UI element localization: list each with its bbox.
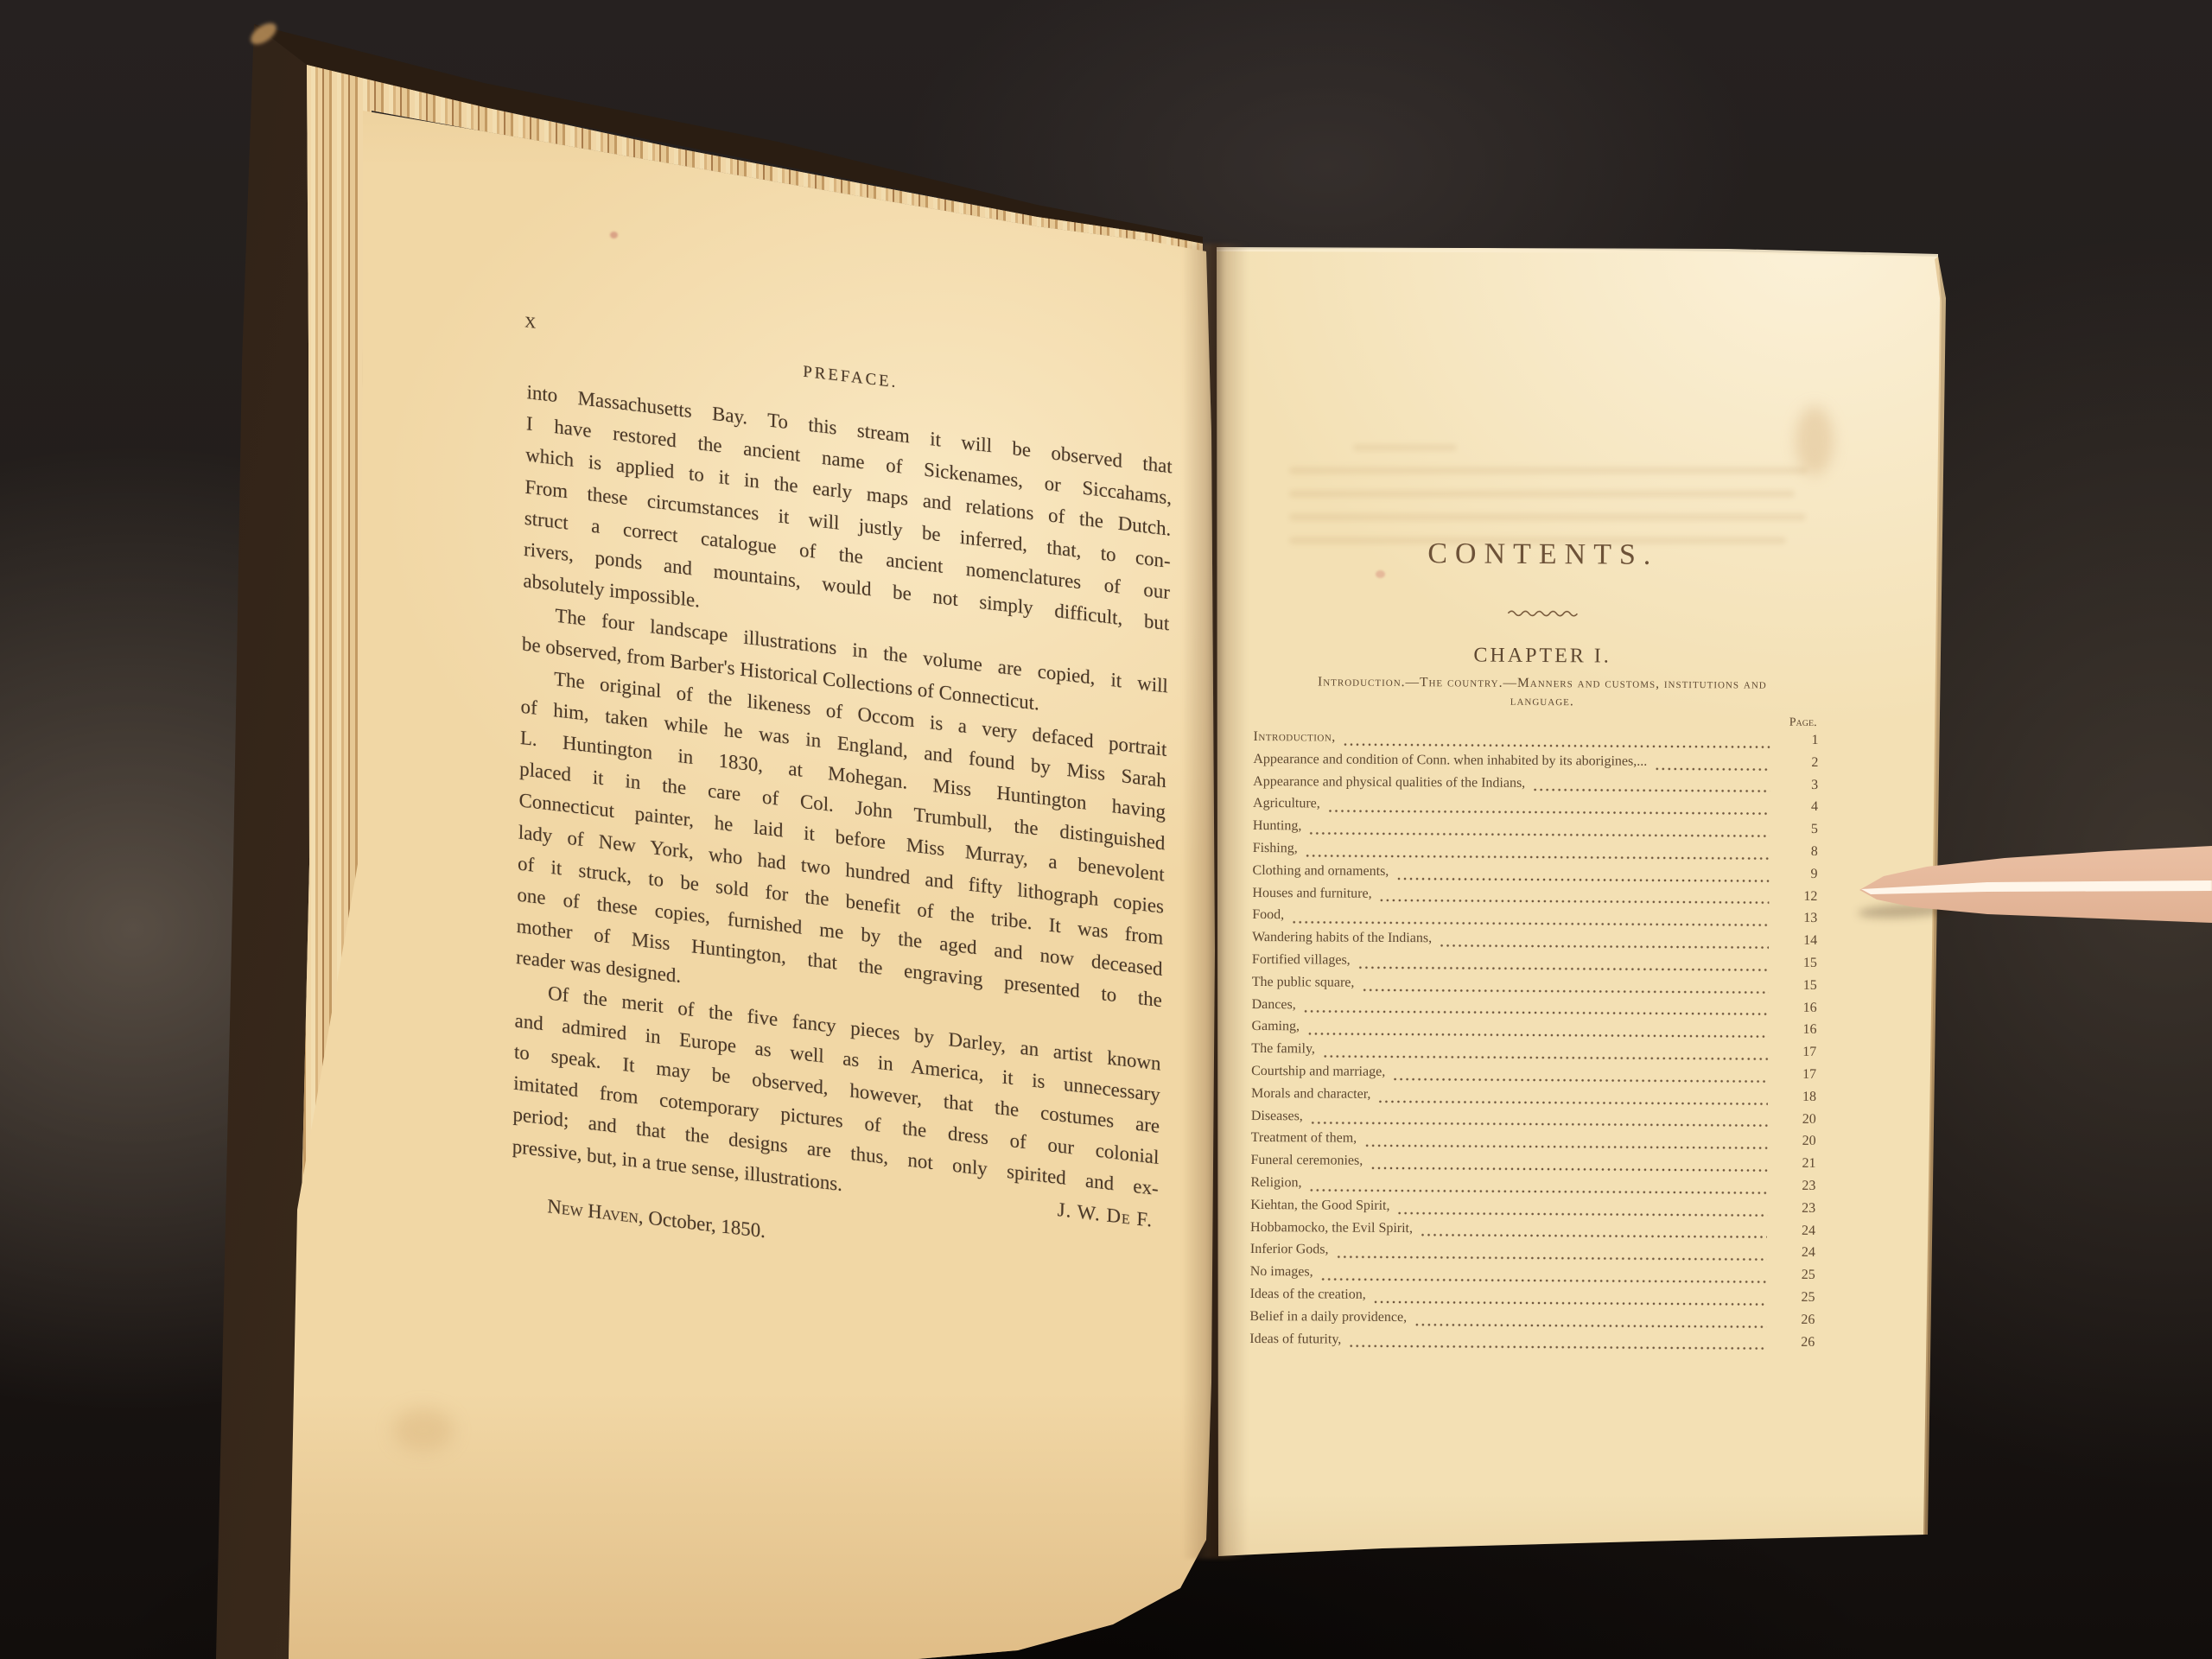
toc-dot-leader [1370,1166,1767,1173]
toc-row: Kiehtan, the Good Spirit,23 [1250,1198,1827,1224]
toc-dot-leader [1327,810,1770,816]
toc-dot-leader [1291,920,1769,926]
toc-page-number: 26 [1773,1312,1827,1327]
toc-row: No images,25 [1250,1264,1827,1290]
preface-lines: into Massachusetts Bay. To this stream i… [512,377,1173,1205]
foxing-spot [610,232,618,238]
toc-page-number: 8 [1777,844,1830,860]
show-through-line [1289,467,1808,474]
toc-page-number: 20 [1775,1134,1828,1149]
toc-page-number: 17 [1775,1067,1828,1083]
toc-dot-leader [1320,1277,1767,1283]
toc-entry-label: Food, [1252,907,1284,923]
toc-row: The family,17 [1251,1041,1828,1067]
toc-entry-label: Introduction, [1253,729,1335,746]
toc-dot-leader [1439,944,1769,949]
toc-entry-label: Courtship and marriage, [1251,1064,1385,1080]
toc-page-number: 23 [1774,1200,1827,1216]
contents-text-block: CONTENTS. CHAPTER I. Introduction.—The c… [1249,529,1832,1357]
toc-entry-label: Houses and furniture, [1252,886,1371,902]
toc-row: Ideas of the creation,25 [1249,1287,1827,1313]
toc-row: Appearance and physical qualities of the… [1253,774,1830,800]
toc-row: Introduction,1 [1253,729,1830,755]
toc-dot-leader [1395,877,1769,883]
toc-entry-label: Belief in a daily providence, [1249,1309,1407,1325]
toc-row: Hunting,5 [1253,818,1830,844]
toc-page-number: 26 [1773,1334,1827,1350]
toc-page-number: 25 [1774,1268,1827,1283]
toc-entry-label: Ideas of the creation, [1250,1287,1366,1303]
toc-entry-label: Hunting, [1253,818,1302,834]
toc-row: The public square,15 [1252,975,1829,1001]
chapter-subtitle-line1: Introduction.—The country.—Manners and c… [1254,672,1831,694]
toc-row: Funeral ceremonies,21 [1250,1153,1827,1179]
toc-row: Diseases,20 [1251,1109,1828,1135]
toc-row: Dances,16 [1252,997,1829,1023]
toc-page-number: 5 [1777,822,1830,837]
toc-page-number: 25 [1774,1290,1827,1306]
toc-dot-leader [1361,988,1768,994]
toc-page-number: 4 [1777,799,1830,815]
toc-entry-label: Fortified villages, [1252,952,1351,969]
toc-page-number: 14 [1776,933,1829,949]
toc-page-number: 24 [1774,1223,1827,1238]
toc-row: Clothing and ornaments,9 [1252,863,1829,889]
toc-page-number: 17 [1775,1045,1828,1060]
toc-dot-leader [1343,742,1770,748]
toc-dot-leader [1377,1099,1768,1105]
toc-row: Belief in a daily providence,26 [1249,1309,1827,1335]
toc-dot-leader [1308,1188,1767,1194]
toc-row: Fishing,8 [1253,841,1830,867]
toc-entry-label: Wandering habits of the Indians, [1252,930,1432,946]
show-through-line [1353,444,1457,451]
foxing-blotch [1796,406,1834,475]
toc-dot-leader [1310,1122,1768,1128]
toc-row: Appearance and condition of Conn. when i… [1253,752,1830,778]
contents-title: CONTENTS. [1255,536,1832,574]
toc-dot-leader [1414,1323,1766,1328]
toc-dot-leader [1303,1010,1769,1016]
toc-page-number: 21 [1774,1156,1827,1172]
toc-entry-label: Morals and character, [1251,1086,1371,1103]
toc-row: Wandering habits of the Indians,14 [1252,930,1829,956]
photo-open-book: x PREFACE. into Massachusetts Bay. To th… [0,0,2212,1659]
toc-dot-leader [1532,788,1770,793]
toc-row: Fortified villages,15 [1252,952,1829,978]
toc-entry-label: Clothing and ornaments, [1253,863,1389,880]
toc-page-number: 15 [1776,977,1829,993]
toc-entry-label: Agriculture, [1253,796,1320,811]
toc-entry-label: Religion, [1250,1175,1301,1191]
toc-page-number: 2 [1777,754,1830,770]
toc-entry-label: Treatment of them, [1251,1130,1357,1147]
toc-page-number: 16 [1775,1022,1828,1038]
toc-page-number: 3 [1777,777,1830,792]
toc-dot-leader [1392,1077,1768,1084]
toc-entry-label: Funeral ceremonies, [1250,1153,1363,1169]
page-column-label: Page. [1254,713,1831,730]
foxing-blotch [393,1408,454,1452]
toc-entry-label: Dances, [1252,997,1296,1013]
toc-page-number: 18 [1775,1089,1828,1104]
toc-row: Ideas of futurity,26 [1249,1331,1827,1357]
toc-entry-label: No images, [1250,1264,1313,1280]
toc-row: Hobbamocko, the Evil Spirit,24 [1250,1220,1827,1246]
toc-dot-leader [1357,966,1769,972]
toc-page-number: 9 [1777,866,1830,881]
toc-list: Introduction,1Appearance and condition o… [1249,729,1830,1357]
toc-row: Inferior Gods,24 [1250,1242,1827,1268]
chapter-subtitle-line2: language. [1254,690,1831,712]
toc-entry-label: Gaming, [1251,1019,1300,1034]
toc-row: Houses and furniture,12 [1252,886,1829,912]
toc-row: Morals and character,18 [1251,1086,1828,1112]
squiggle-ornament-icon [1507,608,1578,620]
show-through-line [1289,490,1795,498]
toc-row: Treatment of them,20 [1251,1130,1828,1156]
chapter-heading: CHAPTER I. [1254,643,1831,669]
dateline-place: New Haven, [547,1195,644,1228]
toc-entry-label: Appearance and condition of Conn. when i… [1253,752,1647,770]
toc-dot-leader [1363,1144,1768,1150]
toc-row: Gaming,16 [1251,1019,1828,1045]
toc-entry-label: Appearance and physical qualities of the… [1253,774,1525,791]
toc-page-number: 23 [1774,1179,1827,1194]
toc-entry-label: Ideas of futurity, [1249,1331,1341,1347]
toc-dot-leader [1654,766,1770,771]
show-through-line [1289,513,1806,521]
preface-text-block: x PREFACE. into Massachusetts Bay. To th… [511,377,1173,1293]
toc-page-number: 13 [1776,911,1829,926]
toc-row: Food,13 [1252,907,1829,933]
toc-entry-label: Fishing, [1253,841,1298,856]
toc-page-number: 12 [1776,888,1829,904]
toc-dot-leader [1305,854,1770,860]
toc-entry-label: Inferior Gods, [1250,1242,1329,1258]
toc-page-number: 16 [1776,1000,1829,1015]
toc-row: Agriculture,4 [1253,796,1830,822]
toc-entry-label: The family, [1251,1041,1315,1057]
toc-page-number: 20 [1775,1111,1828,1127]
toc-dot-leader [1308,831,1770,837]
toc-dot-leader [1322,1054,1768,1060]
toc-row: Courtship and marriage,17 [1251,1064,1828,1090]
toc-entry-label: Hobbamocko, the Evil Spirit, [1250,1220,1413,1236]
toc-dot-leader [1306,1033,1768,1039]
toc-dot-leader [1396,1211,1767,1217]
toc-dot-leader [1373,1300,1767,1306]
toc-page-number: 24 [1774,1245,1827,1261]
toc-dot-leader [1379,899,1770,905]
toc-page-number: 15 [1776,956,1829,971]
toc-entry-label: Diseases, [1251,1109,1303,1124]
toc-entry-label: Kiehtan, the Good Spirit, [1250,1198,1389,1214]
toc-row: Religion,23 [1250,1175,1827,1201]
gutter-shadow [1182,244,1248,1559]
toc-page-number: 1 [1777,733,1830,748]
toc-entry-label: The public square, [1252,975,1355,991]
toc-dot-leader [1335,1255,1766,1262]
toc-dot-leader [1420,1234,1767,1239]
toc-dot-leader [1348,1344,1766,1351]
